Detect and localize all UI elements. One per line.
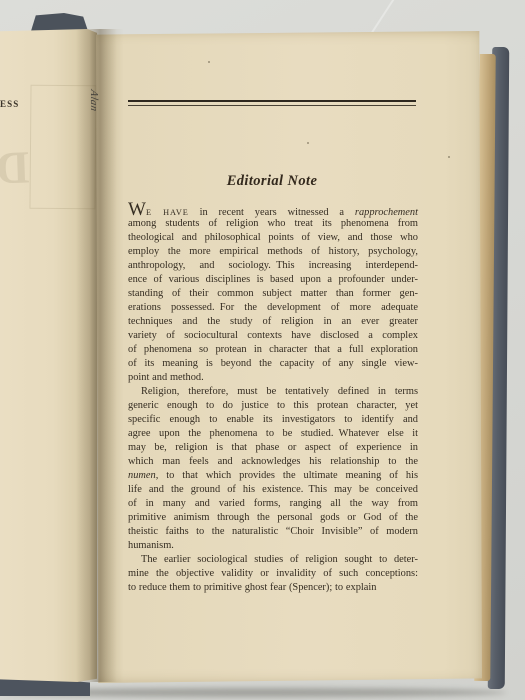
text-line: which man feels and acknowledges his rel… [128, 455, 418, 469]
text-line: among students of religion who treat its… [128, 217, 418, 231]
dust-speck [307, 142, 309, 144]
double-rule-thin [128, 105, 416, 106]
text-line: life and the ground of his existence. Th… [128, 483, 418, 497]
handwritten-inscription: Alan [88, 89, 99, 113]
text-line: The earlier sociological studies of reli… [128, 553, 418, 567]
text-line: specific enough to enable its investigat… [128, 413, 418, 427]
text-line: erations possessed. For the development … [128, 301, 418, 315]
text-line: mine the objective validity or invalidit… [128, 567, 418, 581]
dust-speck [208, 61, 210, 63]
text-line: numen, to that which provides the ultima… [128, 469, 418, 483]
text-line: techniques and the study of religion in … [128, 315, 418, 329]
showthrough-letter: D [0, 140, 30, 194]
text-line: to reduce them to primitive ghost fear (… [128, 581, 418, 595]
text-line: Religion, therefore, must be tentatively… [128, 385, 418, 399]
text-line: point and method. [128, 371, 418, 385]
text-line: of in many and varied forms, ranging all… [128, 497, 418, 511]
partial-press-text: ESS [0, 99, 19, 109]
text-line: generic enough to do justice to this pro… [128, 399, 418, 413]
text-line: WE HAVE in recent years witnessed a rapp… [128, 203, 418, 217]
text-line: employ the more empirical methods of his… [128, 245, 418, 259]
text-line: humanism. [128, 539, 418, 553]
text-line: theistic faiths to the naturalistic “Cho… [128, 525, 418, 539]
body-text: WE HAVE in recent years witnessed a rapp… [128, 203, 418, 595]
left-page: ESS D [0, 29, 97, 682]
photo-of-open-book: ESS D Editorial Note WE HAVE in recent y… [0, 0, 525, 700]
text-line: standing of their common subject matter … [128, 287, 418, 301]
text-line: variety of sociocultural contexts have d… [128, 329, 418, 343]
text-line: primitive animism through the personal g… [128, 511, 418, 525]
text-line: theological and philosophical points of … [128, 231, 418, 245]
double-rule-thick [128, 100, 416, 102]
showthrough-box [29, 85, 96, 210]
text-line: may be, religion is that phase or aspect… [128, 441, 418, 455]
text-line: anthropology, and sociology. This increa… [128, 259, 418, 273]
text-line: of phenomena so protean in character tha… [128, 343, 418, 357]
right-page: Editorial Note WE HAVE in recent years w… [96, 31, 482, 683]
text-line: of its meaning is beyond the capacity of… [128, 357, 418, 371]
text-line: ence of various disciplines is based upo… [128, 273, 418, 287]
page-title: Editorial Note [128, 173, 416, 190]
dust-speck [448, 156, 450, 158]
text-line: agree upon the phenomena to be studied. … [128, 427, 418, 441]
